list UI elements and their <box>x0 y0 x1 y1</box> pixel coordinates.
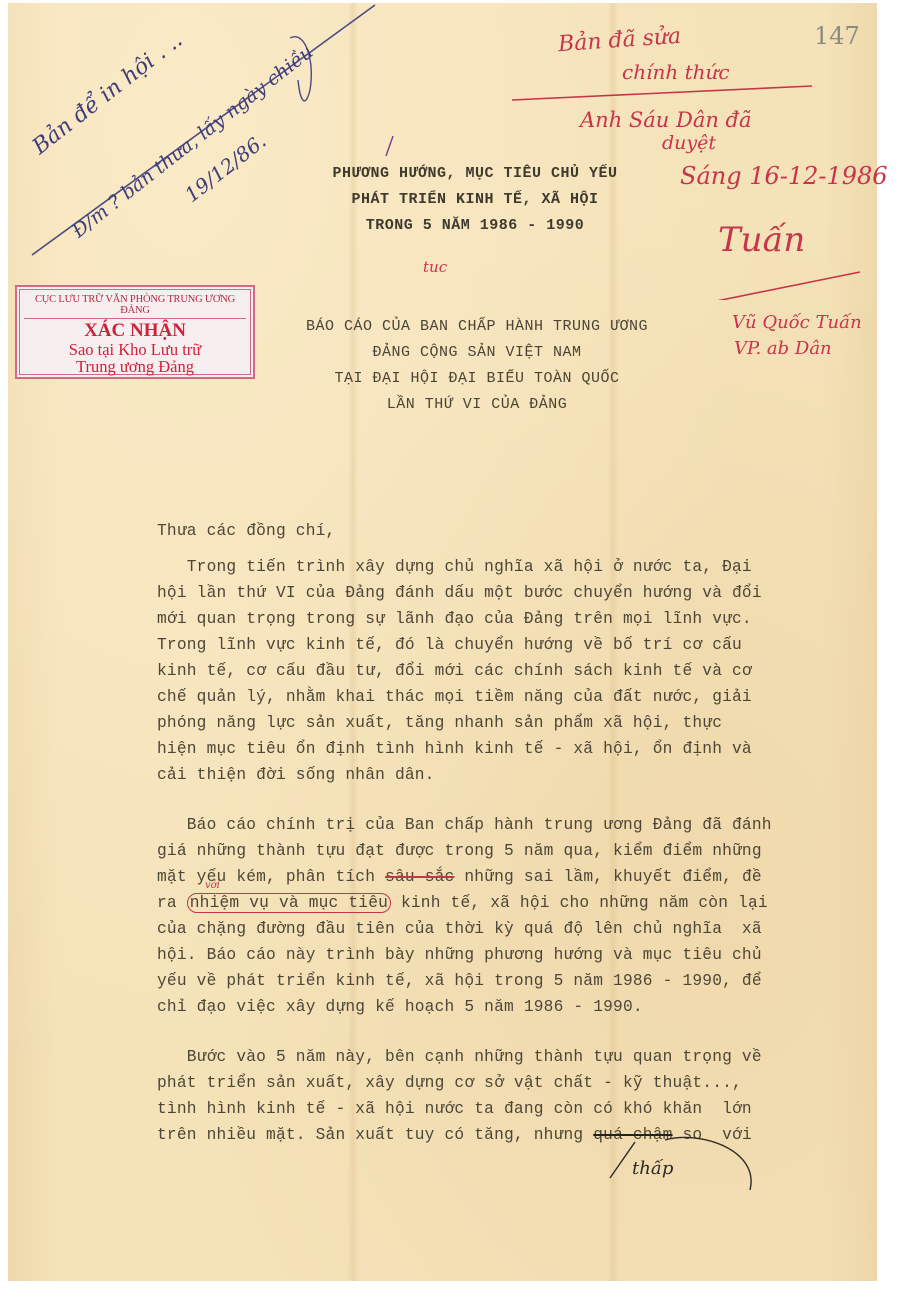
paragraph-1-line: kinh tế, cơ cấu đầu tư, đổi mới các chín… <box>157 662 752 680</box>
text-segment: kinh tế, xã hội cho những năm còn lại <box>391 894 768 912</box>
paragraph-1-line: Trong lĩnh vực kinh tế, đó là chuyển hướ… <box>157 636 742 654</box>
paragraph-2-line: của chặng đường đầu tiên của thời kỳ quá… <box>157 920 762 938</box>
paragraph-3-line: phát triển sản xuất, xây dựng cơ sở vật … <box>157 1074 742 1092</box>
circled-text: nhiệm vụ và mục tiêu <box>187 893 391 913</box>
archive-certification-stamp: CỤC LƯU TRỮ VĂN PHÒNG TRUNG ƯƠNG ĐẢNG XÁ… <box>15 285 255 379</box>
handwritten-note-approval-date: Sáng 16-12-1986 <box>680 162 888 190</box>
paragraph-2-line: giá những thành tựu đạt được trong 5 năm… <box>157 842 762 860</box>
correction-stroke <box>600 1130 780 1210</box>
title-line-2: PHÁT TRIỂN KINH TẾ, XÃ HỘI <box>250 191 700 208</box>
signer-office: VP. ab Dân <box>734 338 832 359</box>
correction-note: với <box>205 880 220 891</box>
paragraph-2-line: hội. Báo cáo này trình bày những phương … <box>157 946 762 964</box>
correction-note: thấp <box>632 1158 673 1179</box>
paragraph-1-line: mới quan trọng trong sự lãnh đạo của Đản… <box>157 610 752 628</box>
paragraph-2-line: yếu về phát triển kinh tế, xã hội trong … <box>157 972 762 990</box>
signature: Tuấn <box>718 220 805 260</box>
paragraph-3-line: Bước vào 5 năm này, bên cạnh những thành… <box>157 1048 762 1066</box>
stamp-heading: XÁC NHẬN <box>20 321 250 341</box>
salutation: Thưa các đồng chí, <box>157 522 335 540</box>
subtitle-line-1: BÁO CÁO CỦA BAN CHẤP HÀNH TRUNG ƯƠNG <box>262 318 692 335</box>
handwritten-note-approved-by: Anh Sáu Dân đã <box>580 108 752 132</box>
paragraph-1-line: phóng năng lực sản xuất, tăng nhanh sản … <box>157 714 722 732</box>
subtitle-line-2: ĐẢNG CỘNG SẢN VIỆT NAM <box>262 344 692 361</box>
text-segment: trên nhiều mặt. Sản xuất tuy có tăng, nh… <box>157 1126 593 1144</box>
text-segment: ra <box>157 894 187 912</box>
title-line-1: PHƯƠNG HƯỚNG, MỤC TIÊU CHỦ YẾU <box>250 165 700 182</box>
paragraph-2-line-with-circle: ra nhiệm vụ và mục tiêu kinh tế, xã hội … <box>157 894 768 912</box>
paragraph-1-line: Trong tiến trình xây dựng chủ nghĩa xã h… <box>157 558 752 576</box>
paragraph-1-line: cải thiện đời sống nhân dân. <box>157 766 435 784</box>
inserted-mark: tuc <box>423 258 447 276</box>
stamp-agency: CỤC LƯU TRỮ VĂN PHÒNG TRUNG ƯƠNG ĐẢNG <box>24 290 246 319</box>
signer-name: Vũ Quốc Tuấn <box>732 312 862 333</box>
title-line-3: TRONG 5 NĂM 1986 - 1990 <box>250 217 700 234</box>
stamp-line-1: Sao tại Kho Lưu trữ <box>20 341 250 358</box>
text-segment: những sai lầm, khuyết điểm, đề <box>454 868 761 886</box>
paragraph-1-line: hội lần thứ VI của Đảng đánh dấu một bướ… <box>157 584 762 602</box>
paragraph-3-line: tình hình kinh tế - xã hội nước ta đang … <box>157 1100 752 1118</box>
paragraph-2-line: chỉ đạo việc xây dựng kế hoạch 5 năm 198… <box>157 998 643 1016</box>
text-segment: mặt yếu kém, phân tích <box>157 868 385 886</box>
paragraph-2-line: Báo cáo chính trị của Ban chấp hành trun… <box>157 816 772 834</box>
stamp-line-2: Trung ương Đảng <box>20 358 250 375</box>
subtitle-line-3: TẠI ĐẠI HỘI ĐẠI BIỂU TOÀN QUỐC <box>262 370 692 387</box>
handwritten-note-official: chính thức <box>622 60 730 84</box>
handwritten-note-approved: duyệt <box>662 132 716 154</box>
paragraph-2-line-with-deletion: mặt yếu kém, phân tích sâu sắc những sai… <box>157 868 762 886</box>
paragraph-1-line: chế quản lý, nhằm khai thác mọi tiềm năn… <box>157 688 752 706</box>
paragraph-1-line: hiện mục tiêu ổn định tình hình kinh tế … <box>157 740 752 758</box>
subtitle-line-4: LẦN THỨ VI CỦA ĐẢNG <box>262 396 692 413</box>
deleted-text: sâu sắc <box>385 868 454 886</box>
